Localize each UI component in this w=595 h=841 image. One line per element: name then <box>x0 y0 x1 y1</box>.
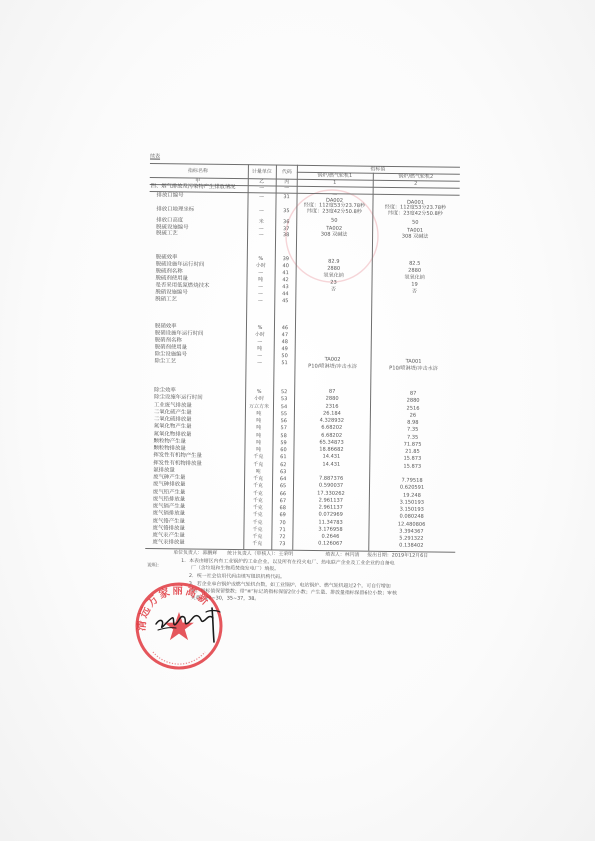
code: 38 <box>283 233 289 238</box>
code: 49 <box>281 347 287 352</box>
code: 55 <box>281 412 287 417</box>
indicator-name: 除尘设施年运行时间 <box>154 396 203 402</box>
header-indicator-name: 指标名称 <box>188 169 208 174</box>
value-col2: 71.875 <box>404 442 422 447</box>
value-col1: 2316 <box>325 404 338 409</box>
unit: 吨 <box>256 441 261 446</box>
value-col2: 21.85 <box>405 450 420 455</box>
value-col2: 7.35 <box>407 435 418 440</box>
indicator-name: 挥发性有机物产生量 <box>153 454 202 460</box>
index-unit: 乙 <box>259 179 264 184</box>
code: 61 <box>280 455 286 460</box>
unit: — <box>258 271 263 276</box>
code: 67 <box>280 499 286 504</box>
indicator-name: 颗粒物排放量 <box>153 446 185 452</box>
continued-label: 续表 <box>150 155 160 160</box>
code: 48 <box>282 340 288 345</box>
index-col2: 2 <box>414 181 417 186</box>
value-col1: 纬度：23度42分50.8秒 <box>307 209 362 215</box>
unit: 吨 <box>257 347 262 352</box>
code: 58 <box>280 434 286 439</box>
unit: 万立方米 <box>249 404 269 409</box>
value-col2: P10/喷淋塔/冲击水浴 <box>389 366 438 372</box>
code: 62 <box>280 463 286 468</box>
value-col2: 308 双碱法 <box>402 235 429 240</box>
unit: 吨 <box>256 470 261 475</box>
section-title-line <box>150 190 460 195</box>
value-col2: 3.150193 <box>400 500 424 505</box>
indicator-name: 排放口高度 <box>156 218 183 224</box>
section-title-code: — <box>284 186 289 191</box>
unit: 千克 <box>252 535 262 540</box>
code: 47 <box>282 333 288 338</box>
unit: 小时 <box>254 397 264 402</box>
indicator-name: 脱硫剂名称 <box>156 269 183 275</box>
unit: 千克 <box>253 520 263 525</box>
indicator-name: 氮氧化物产生量 <box>154 425 192 431</box>
value-col1: P10/喷淋塔/冲击水浴 <box>308 364 357 370</box>
value-col2: 5.291322 <box>399 537 423 542</box>
unit: 千克 <box>253 513 263 518</box>
header-indicator-value: 指标值 <box>370 167 385 172</box>
code: 45 <box>282 299 288 304</box>
unit: 千克 <box>253 499 263 504</box>
indicator-name: 脱硫工艺 <box>156 231 178 237</box>
unit: — <box>259 233 264 238</box>
note-line: 厂（含垃圾和生物质焚烧发电厂）填报。 <box>191 566 279 572</box>
code: 73 <box>279 542 285 547</box>
value-col2: 7.79518 <box>402 479 423 484</box>
value-col1: 0.2646 <box>321 535 339 540</box>
divider-code-values <box>292 165 298 550</box>
value-col2: TA001 <box>406 360 422 365</box>
indicator-name: 除尘效率 <box>154 388 176 394</box>
code: 46 <box>282 326 288 331</box>
value-col1: 6.68202 <box>321 426 342 431</box>
indicator-name: 工业废气排放量 <box>154 403 192 409</box>
value-col1: 0.590037 <box>319 484 343 489</box>
value-col2: 0.080248 <box>399 515 423 520</box>
indicator-name: 排放口地理坐标 <box>156 207 194 213</box>
value-col1: 2.961137 <box>319 506 343 511</box>
code: 35 <box>283 209 289 214</box>
indicator-name: 脱硝效率 <box>155 324 177 330</box>
value-col1: 氢氧化钠 <box>323 274 343 279</box>
indicator-name: 废气铅排放量 <box>153 497 185 503</box>
unit: % <box>258 257 263 262</box>
unit: 千克 <box>253 455 263 460</box>
value-col2: 8.98 <box>407 421 418 426</box>
value-col1: 50 <box>331 219 338 224</box>
indicator-name: 废气汞排放量 <box>152 541 184 547</box>
unit: 吨 <box>258 278 263 283</box>
unit: 千克 <box>253 477 263 482</box>
value-col1: 14.431 <box>322 455 340 460</box>
value-col1: 4.328932 <box>320 419 344 424</box>
indicator-name: 挥发性有机物排放量 <box>153 461 202 467</box>
value-col2: 50 <box>412 221 419 226</box>
header-col2: 锅炉/燃气轮机2 <box>398 174 433 179</box>
indicator-name: 废气砷产生量 <box>153 475 185 481</box>
stats-head: 统计负责人（审核人）：王荣明 <box>227 552 293 558</box>
table-top-line <box>150 163 460 168</box>
code: 43 <box>282 285 288 290</box>
indicator-name: 二氧化硫产生量 <box>154 410 192 416</box>
value-col2: 氢氧化钠 <box>404 276 424 281</box>
value-col1: 11.34783 <box>318 520 342 525</box>
unit: % <box>257 390 262 395</box>
section-title: 四、烟气排放及污染物产生排放情况 <box>151 185 236 191</box>
value-col1: 26.184 <box>323 411 341 416</box>
indicator-name: 二氧化硫排放量 <box>154 417 192 423</box>
index-name: 甲 <box>195 179 200 184</box>
value-col2: 3.394367 <box>399 529 423 534</box>
code: 51 <box>281 361 287 366</box>
value-col2: 26 <box>410 413 417 418</box>
code: 41 <box>282 271 288 276</box>
indicator-name: 脱硝剂名称 <box>155 338 182 344</box>
code: 50 <box>281 354 287 359</box>
unit: 千克 <box>253 506 263 511</box>
code: 68 <box>280 506 286 511</box>
value-col2: 82.5 <box>409 262 420 267</box>
indicator-name: 颗粒物产生量 <box>154 439 186 445</box>
unit: 吨 <box>256 448 261 453</box>
unit: — <box>259 209 264 214</box>
unit: 米 <box>259 220 264 225</box>
indicator-name: 脱硫剂使用量 <box>156 276 188 282</box>
unit: 吨 <box>256 433 261 438</box>
code: 69 <box>279 513 285 518</box>
indicator-name: 脱硝剂使用量 <box>155 345 187 351</box>
indicator-name: 废气镉排放量 <box>153 512 185 518</box>
value-col2: 15.873 <box>403 464 421 469</box>
value-col2: 15.873 <box>403 457 421 462</box>
code: 52 <box>281 390 287 395</box>
value-col1: 3.176958 <box>318 527 342 532</box>
value-col2: 2880 <box>408 269 421 274</box>
report-date: 报出日期：2019年12月6日 <box>367 553 428 559</box>
indicator-name: 废气镉产生量 <box>153 504 185 510</box>
value-col2: 3.150193 <box>400 508 424 513</box>
unit-head: 单位负责人：郭鹏辉 <box>173 551 217 556</box>
value-col1: 17.330262 <box>317 491 345 496</box>
unit: 吨 <box>256 412 261 417</box>
indicator-name: 脱硝设施年运行时间 <box>155 331 204 337</box>
value-col2: 否 <box>412 290 417 295</box>
value-col2: 7.35 <box>407 428 418 433</box>
unit: 吨 <box>256 426 261 431</box>
code: 71 <box>279 528 285 533</box>
code: 40 <box>282 264 288 269</box>
value-col1: 0.126067 <box>318 542 342 547</box>
value-col1: 18.86682 <box>319 448 343 453</box>
code: 54 <box>281 405 287 410</box>
indicator-name: 除尘工艺 <box>154 359 176 365</box>
code: 56 <box>281 419 287 424</box>
code: 60 <box>280 448 286 453</box>
indicator-name: 脱硝工艺 <box>155 297 177 303</box>
value-col1: 308 双碱法 <box>321 233 348 238</box>
code: 70 <box>279 521 285 526</box>
report-page: 续表 指标名称 计量单位 代码 指标值 锅炉/燃气轮机1 锅炉/燃气轮机2 甲 … <box>0 0 595 841</box>
handwritten-signature <box>150 598 230 648</box>
value-col1: 6.68202 <box>321 433 342 438</box>
indicator-name: 脱硝设施编号 <box>155 290 187 296</box>
value-col1: 2880 <box>326 397 339 402</box>
value-col1: 0.072969 <box>318 513 342 518</box>
divider-col1-col2 <box>368 172 374 550</box>
form-filler: 填表人：林闪清 <box>325 553 359 558</box>
unit: % <box>258 326 263 331</box>
indicator-name: 氨排放量 <box>153 468 175 474</box>
value-col1: 82.9 <box>328 260 339 265</box>
value-col1: TA002 <box>325 358 341 363</box>
unit: 小时 <box>255 333 265 338</box>
value-col1: 2880 <box>327 267 340 272</box>
value-col2: 87 <box>410 392 417 397</box>
indicator-name: 排放口编号 <box>157 193 184 199</box>
code: 63 <box>280 470 286 475</box>
section-title-unit: — <box>259 186 264 191</box>
unit: — <box>257 340 262 345</box>
code: 59 <box>280 441 286 446</box>
value-col2: 19 <box>411 283 418 288</box>
notes-label: 说明： <box>147 564 162 569</box>
indicator-name: 废气砷排放量 <box>153 483 185 489</box>
divider-unit-code <box>271 165 277 550</box>
value-col2: 19.248 <box>403 493 421 498</box>
value-col2: 12.480806 <box>398 522 426 527</box>
indicator-name: 废气汞产生量 <box>152 533 184 539</box>
value-col1: 7.887376 <box>319 477 343 482</box>
indicator-name: 废气铬排放量 <box>152 526 184 532</box>
value-col2: 0.138402 <box>399 544 423 549</box>
unit: 千克 <box>253 484 263 489</box>
header-unit: 计量单位 <box>252 170 272 175</box>
header-code: 代码 <box>282 170 292 175</box>
value-col2: 0.620591 <box>400 486 424 491</box>
code: 66 <box>280 492 286 497</box>
value-col1: 14.431 <box>322 462 340 467</box>
code: 39 <box>283 257 289 262</box>
unit: 千克 <box>252 542 262 547</box>
value-col1: 否 <box>331 288 336 293</box>
unit: 小时 <box>256 264 266 269</box>
value-col2: 2516 <box>406 406 419 411</box>
code: 42 <box>282 278 288 283</box>
unit: 吨 <box>256 419 261 424</box>
unit: — <box>259 195 264 200</box>
unit: — <box>258 285 263 290</box>
indicator-name: 除尘设施编号 <box>155 352 187 358</box>
code: 57 <box>281 426 287 431</box>
value-col1: 87 <box>329 390 336 395</box>
divider-name-unit <box>243 164 249 549</box>
value-col2: 2880 <box>407 399 420 404</box>
indicator-name: 氮氧化物排放量 <box>154 432 192 438</box>
header-col1: 锅炉/燃气轮机1 <box>317 173 352 178</box>
indicator-name: 废气铬产生量 <box>153 519 185 525</box>
value-col1: 65.34873 <box>319 440 343 445</box>
indicator-name: 废气铅产生量 <box>153 490 185 496</box>
code: 44 <box>282 292 288 297</box>
code: 31 <box>283 195 289 200</box>
code: 65 <box>280 484 286 489</box>
index-code: 丙 <box>284 180 289 185</box>
value-col1: 2.961137 <box>319 498 343 503</box>
indicator-name: 脱硫效率 <box>156 255 178 261</box>
unit: 千克 <box>252 528 262 533</box>
value-col2: 纬度：23度42分50.8秒 <box>388 211 443 217</box>
unit: 千克 <box>253 462 263 467</box>
unit: — <box>258 292 263 297</box>
unit: — <box>257 361 262 366</box>
unit: 千克 <box>253 491 263 496</box>
index-col1: 1 <box>333 180 336 185</box>
code: 72 <box>279 535 285 540</box>
unit: — <box>257 354 262 359</box>
value-col1: 23 <box>330 281 337 286</box>
code: 64 <box>280 477 286 482</box>
code: 53 <box>281 397 287 402</box>
code: 36 <box>283 220 289 225</box>
unit: — <box>258 299 263 304</box>
